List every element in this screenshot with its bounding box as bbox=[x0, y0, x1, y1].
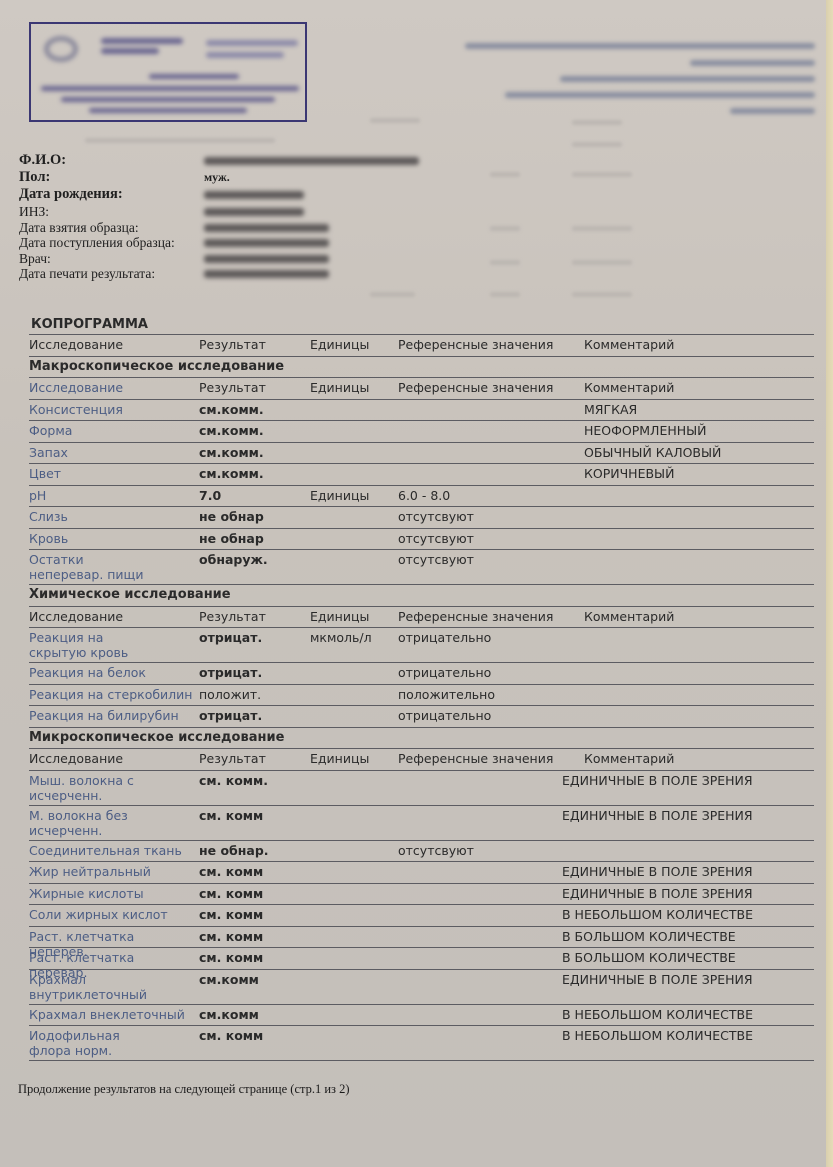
test-comment: ЕДИНИЧНЫЕ В ПОЛЕ ЗРЕНИЯ bbox=[562, 773, 753, 788]
col-result: Результат bbox=[199, 609, 266, 624]
col-units: Единицы bbox=[310, 337, 369, 352]
section-title: Макроскопическое исследование bbox=[29, 359, 284, 374]
col-comment: Комментарий bbox=[584, 337, 674, 352]
test-name: pH bbox=[29, 488, 194, 503]
test-result: положит. bbox=[199, 687, 261, 702]
patient-field-label: Врач: bbox=[19, 251, 51, 266]
patient-field-value-redacted bbox=[204, 224, 329, 232]
page-continuation-note: Продолжение результатов на следующей стр… bbox=[18, 1082, 350, 1097]
section-title: Химическое исследование bbox=[29, 587, 231, 602]
test-result: см. комм bbox=[199, 808, 263, 823]
table-row: Консистенциясм.комм.МЯГКАЯ bbox=[29, 399, 814, 421]
lab-stamp bbox=[29, 22, 307, 122]
patient-field: ИНЗ: bbox=[19, 204, 175, 220]
table-row: Мыш. волокна с исчерченн.см. комм.ЕДИНИЧ… bbox=[29, 770, 814, 805]
report-title: КОПРОГРАММА bbox=[29, 316, 814, 334]
report-sections: Макроскопическое исследованиеИсследовани… bbox=[29, 356, 814, 1061]
patient-field: Дата печати результата: bbox=[19, 266, 175, 282]
table-row: Жир нейтральныйсм. коммЕДИНИЧНЫЕ В ПОЛЕ … bbox=[29, 861, 814, 883]
col-reference: Референсные значения bbox=[398, 337, 553, 352]
test-name: Консистенция bbox=[29, 402, 194, 417]
patient-field-value-redacted bbox=[204, 208, 304, 216]
patient-info: Ф.И.О:Пол:муж.Дата рождения:ИНЗ:Дата взя… bbox=[19, 153, 175, 282]
test-result: не обнар bbox=[199, 531, 264, 546]
test-comment: ОБЫЧНЫЙ КАЛОВЫЙ bbox=[584, 445, 721, 460]
table-row: Соединительная тканьне обнар.отсутсвуют bbox=[29, 840, 814, 862]
test-units: мкмоль/л bbox=[310, 630, 372, 645]
section-header: Химическое исследование bbox=[29, 584, 814, 606]
patient-field-value-redacted bbox=[204, 270, 329, 278]
table-row: Иодофильная флора норм.см. коммВ НЕБОЛЬШ… bbox=[29, 1025, 814, 1060]
col-reference: Референсные значения bbox=[398, 751, 553, 766]
test-name: Крахмал внутриклеточный bbox=[29, 972, 154, 1002]
test-comment: ЕДИНИЧНЫЕ В ПОЛЕ ЗРЕНИЯ bbox=[562, 972, 753, 987]
table-row: Соли жирных кислотсм. коммВ НЕБОЛЬШОМ КО… bbox=[29, 904, 814, 926]
table-row: Реакция на белокотрицат.отрицательно bbox=[29, 662, 814, 684]
test-reference: отрицательно bbox=[398, 665, 491, 680]
test-name: Соли жирных кислот bbox=[29, 907, 194, 922]
test-reference: отсутсвуют bbox=[398, 531, 474, 546]
test-reference: 6.0 - 8.0 bbox=[398, 488, 450, 503]
test-result: не обнар bbox=[199, 509, 264, 524]
table-row: М. волокна без исчерченн.см. коммЕДИНИЧН… bbox=[29, 805, 814, 840]
lab-logo-icon bbox=[44, 36, 78, 62]
table-row: pH7.0Единицы6.0 - 8.0 bbox=[29, 485, 814, 507]
paper-edge bbox=[826, 0, 833, 1167]
patient-field-value-redacted bbox=[204, 191, 304, 199]
test-result: отрицат. bbox=[199, 665, 262, 680]
col-comment: Комментарий bbox=[584, 380, 674, 395]
test-comment: МЯГКАЯ bbox=[584, 402, 637, 417]
test-result: см.комм bbox=[199, 1007, 259, 1022]
col-units: Единицы bbox=[310, 751, 369, 766]
table-row: Цветсм.комм.КОРИЧНЕВЫЙ bbox=[29, 463, 814, 485]
col-test: Исследование bbox=[29, 751, 194, 766]
section-header: Микроскопическое исследование bbox=[29, 727, 814, 749]
test-name: Остатки неперевар. пищи bbox=[29, 552, 154, 582]
col-units: Единицы bbox=[310, 380, 369, 395]
test-name: Реакция на белок bbox=[29, 665, 194, 680]
col-result: Результат bbox=[199, 751, 266, 766]
test-name: Крахмал внеклеточный bbox=[29, 1007, 194, 1022]
patient-field-value-redacted bbox=[204, 255, 329, 263]
test-result: см. комм bbox=[199, 1028, 263, 1043]
test-name: Мыш. волокна с исчерченн. bbox=[29, 773, 154, 803]
patient-field: Пол:муж. bbox=[19, 170, 175, 187]
test-name: Запах bbox=[29, 445, 194, 460]
test-result: см.комм. bbox=[199, 423, 264, 438]
patient-field-label: Пол: bbox=[19, 169, 50, 185]
table-row: Крахмал внутриклеточныйсм.коммЕДИНИЧНЫЕ … bbox=[29, 969, 814, 1004]
test-name: Жирные кислоты bbox=[29, 886, 194, 901]
patient-field: Дата рождения: bbox=[19, 187, 175, 204]
patient-field-label: Дата печати результата: bbox=[19, 266, 155, 281]
section-header: Макроскопическое исследование bbox=[29, 356, 814, 378]
test-result: см. комм bbox=[199, 950, 263, 965]
section-title: Микроскопическое исследование bbox=[29, 730, 284, 745]
test-result: см. комм bbox=[199, 929, 263, 944]
test-name: Реакция на билирубин bbox=[29, 708, 194, 723]
test-name: Иодофильная флора норм. bbox=[29, 1028, 154, 1058]
col-comment: Комментарий bbox=[584, 751, 674, 766]
section-column-header: ИсследованиеРезультатЕдиницыРеференсные … bbox=[29, 377, 814, 399]
test-result: см.комм. bbox=[199, 402, 264, 417]
test-result: см. комм bbox=[199, 886, 263, 901]
test-name: Кровь bbox=[29, 531, 194, 546]
test-comment: НЕОФОРМЛЕННЫЙ bbox=[584, 423, 707, 438]
test-name: Цвет bbox=[29, 466, 194, 481]
col-test: Исследование bbox=[29, 609, 194, 624]
test-comment: В НЕБОЛЬШОМ КОЛИЧЕСТВЕ bbox=[562, 1007, 753, 1022]
test-result: см.комм. bbox=[199, 445, 264, 460]
patient-field-label: Дата рождения: bbox=[19, 186, 123, 202]
test-result: 7.0 bbox=[199, 488, 221, 503]
table-row: Реакция на стеркобилинположит.положитель… bbox=[29, 684, 814, 706]
col-test: Исследование bbox=[29, 380, 194, 395]
col-units: Единицы bbox=[310, 609, 369, 624]
test-reference: положительно bbox=[398, 687, 495, 702]
test-reference: отрицательно bbox=[398, 630, 491, 645]
section-column-header: ИсследованиеРезультатЕдиницыРеференсные … bbox=[29, 748, 814, 770]
test-name: М. волокна без исчерченн. bbox=[29, 808, 154, 838]
coprogram-report: КОПРОГРАММА Исследование Результат Едини… bbox=[29, 316, 814, 1061]
test-result: отрицат. bbox=[199, 708, 262, 723]
test-comment: В БОЛЬШОМ КОЛИЧЕСТВЕ bbox=[562, 929, 736, 944]
test-reference: отсутсвуют bbox=[398, 509, 474, 524]
test-result: см.комм. bbox=[199, 466, 264, 481]
column-header-row: Исследование Результат Единицы Референсн… bbox=[29, 334, 814, 356]
patient-field-value: муж. bbox=[204, 170, 230, 185]
test-reference: отсутсвуют bbox=[398, 552, 474, 567]
test-name: Слизь bbox=[29, 509, 194, 524]
test-result: отрицат. bbox=[199, 630, 262, 645]
test-result: см. комм bbox=[199, 907, 263, 922]
col-test: Исследование bbox=[29, 337, 194, 352]
test-name: Реакция на стеркобилин bbox=[29, 687, 194, 702]
table-row: Запахсм.комм.ОБЫЧНЫЙ КАЛОВЫЙ bbox=[29, 442, 814, 464]
patient-field: Ф.И.О: bbox=[19, 153, 175, 170]
patient-field: Дата поступления образца: bbox=[19, 235, 175, 251]
table-row: Раст. клетчатка перевар.см. коммВ БОЛЬШО… bbox=[29, 947, 814, 969]
test-comment: ЕДИНИЧНЫЕ В ПОЛЕ ЗРЕНИЯ bbox=[562, 886, 753, 901]
patient-field: Дата взятия образца: bbox=[19, 220, 175, 236]
patient-field-value-redacted bbox=[204, 239, 329, 247]
test-reference: отсутсвуют bbox=[398, 843, 474, 858]
patient-field-label: Дата поступления образца: bbox=[19, 235, 175, 250]
test-comment: В БОЛЬШОМ КОЛИЧЕСТВЕ bbox=[562, 950, 736, 965]
col-result: Результат bbox=[199, 380, 266, 395]
test-result: см. комм bbox=[199, 864, 263, 879]
table-row: Слизьне обнаротсутсвуют bbox=[29, 506, 814, 528]
test-name: Реакция на скрытую кровь bbox=[29, 630, 154, 660]
test-name: Соединительная ткань bbox=[29, 843, 194, 858]
test-name: Жир нейтральный bbox=[29, 864, 194, 879]
patient-field-label: ИНЗ: bbox=[19, 204, 49, 219]
patient-field: Врач: bbox=[19, 251, 175, 267]
test-result: обнаруж. bbox=[199, 552, 268, 567]
col-result: Результат bbox=[199, 337, 266, 352]
table-row: Формасм.комм.НЕОФОРМЛЕННЫЙ bbox=[29, 420, 814, 442]
test-comment: В НЕБОЛЬШОМ КОЛИЧЕСТВЕ bbox=[562, 1028, 753, 1043]
table-row: Реакция на билирубинотрицат.отрицательно bbox=[29, 705, 814, 727]
test-comment: ЕДИНИЧНЫЕ В ПОЛЕ ЗРЕНИЯ bbox=[562, 864, 753, 879]
section-column-header: ИсследованиеРезультатЕдиницыРеференсные … bbox=[29, 606, 814, 628]
patient-field-label: Ф.И.О: bbox=[19, 152, 66, 168]
table-row: Жирные кислотысм. коммЕДИНИЧНЫЕ В ПОЛЕ З… bbox=[29, 883, 814, 905]
test-reference: отрицательно bbox=[398, 708, 491, 723]
test-comment: ЕДИНИЧНЫЕ В ПОЛЕ ЗРЕНИЯ bbox=[562, 808, 753, 823]
col-reference: Референсные значения bbox=[398, 380, 553, 395]
test-units: Единицы bbox=[310, 488, 369, 503]
test-result: см. комм. bbox=[199, 773, 268, 788]
test-result: не обнар. bbox=[199, 843, 269, 858]
table-row: Остатки неперевар. пищиобнаруж.отсутсвую… bbox=[29, 549, 814, 584]
col-reference: Референсные значения bbox=[398, 609, 553, 624]
patient-field-label: Дата взятия образца: bbox=[19, 220, 139, 235]
test-result: см.комм bbox=[199, 972, 259, 987]
table-row: Крахмал внеклеточныйсм.коммВ НЕБОЛЬШОМ К… bbox=[29, 1004, 814, 1026]
table-row: Кровьне обнаротсутсвуют bbox=[29, 528, 814, 550]
table-row: Реакция на скрытую кровьотрицат.мкмоль/л… bbox=[29, 627, 814, 662]
table-row: Раст. клетчатка неперев.см. коммВ БОЛЬШО… bbox=[29, 926, 814, 948]
patient-field-value-redacted bbox=[204, 157, 419, 165]
test-comment: КОРИЧНЕВЫЙ bbox=[584, 466, 674, 481]
col-comment: Комментарий bbox=[584, 609, 674, 624]
test-comment: В НЕБОЛЬШОМ КОЛИЧЕСТВЕ bbox=[562, 907, 753, 922]
table-bottom-rule bbox=[29, 1060, 814, 1061]
test-name: Форма bbox=[29, 423, 194, 438]
